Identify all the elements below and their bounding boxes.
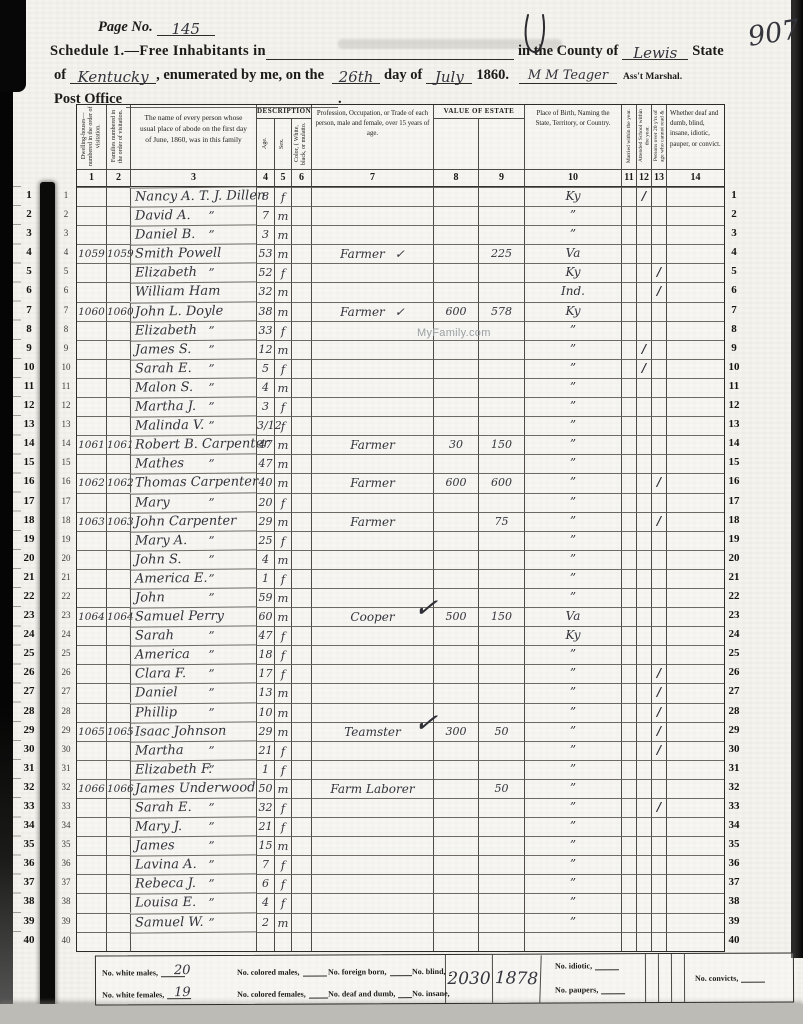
cell-cannot-read-write (651, 836, 666, 855)
form-header: 907 Page No. 145 Schedule 1.—Free Inhabi… (50, 12, 798, 108)
cell-color (291, 550, 311, 569)
col-number-6: 6 (291, 169, 311, 187)
ditto-mark: ” (208, 837, 214, 855)
cell-birthplace: ” (524, 359, 621, 378)
cell-personal-estate (478, 913, 524, 932)
line-number: 38 (58, 892, 74, 911)
cell-color (291, 378, 311, 397)
cell-married-in-year (621, 913, 636, 932)
line-number: 2 (20, 205, 38, 224)
line-number: 8 (725, 320, 743, 339)
cell-family-number (106, 703, 130, 722)
ditto-mark: ” (208, 207, 214, 225)
cell-birthplace (524, 932, 621, 951)
cell-remarks (666, 531, 724, 550)
cell-cannot-read-write (651, 855, 666, 874)
line-number: 30 (58, 740, 74, 759)
cell-name: Smith Powell (130, 244, 256, 264)
cell-cannot-read-write: / (651, 263, 666, 282)
cell-name: John L. Doyle (130, 301, 256, 321)
cell-sex: f (274, 626, 291, 645)
line-number: 15 (58, 453, 74, 472)
ditto-mark: ” (208, 341, 214, 359)
cell-age: 47 (256, 435, 274, 454)
cell-profession: Farmer (311, 512, 433, 531)
line-number: 9 (58, 339, 74, 358)
check-mark: ✓ (395, 305, 405, 319)
district-blank (266, 44, 514, 60)
cell-married-in-year (621, 836, 636, 855)
cell-profession (311, 416, 433, 435)
cell-color (291, 836, 311, 855)
cell-married-in-year (621, 397, 636, 416)
cell-dwelling-number (77, 282, 106, 301)
cell-age: 13 (256, 683, 274, 702)
cell-personal-estate (478, 531, 524, 550)
cell-profession (311, 836, 433, 855)
cell-sex: m (274, 703, 291, 722)
footer-idiotic-paupers: No. idiotic, No. paupers, (541, 954, 646, 1002)
line-number: 29 (725, 721, 743, 740)
cell-cannot-read-write (651, 454, 666, 473)
cell-profession (311, 645, 433, 664)
cell-profession: Farmer✓ (311, 302, 433, 321)
cell-sex: m (274, 512, 291, 531)
cell-married-in-year (621, 664, 636, 683)
col-header-4: Age. (256, 119, 274, 169)
page-no-value: 145 (157, 20, 215, 36)
line-number: 5 (20, 262, 38, 281)
col-number-8: 8 (433, 169, 478, 187)
cell-profession (311, 340, 433, 359)
cell-family-number (106, 760, 130, 779)
cell-real-estate (433, 626, 478, 645)
cell-family-number (106, 454, 130, 473)
line-number: 8 (20, 320, 38, 339)
cell-married-in-year (621, 321, 636, 340)
cell-real-estate (433, 569, 478, 588)
cell-dwelling-number (77, 416, 106, 435)
cell-profession (311, 664, 433, 683)
cell-color (291, 588, 311, 607)
cell-family-number (106, 893, 130, 912)
line-number: 17 (20, 492, 38, 511)
cell-cannot-read-write (651, 607, 666, 626)
cell-remarks (666, 741, 724, 760)
cell-cannot-read-write (651, 187, 666, 206)
cell-married-in-year (621, 588, 636, 607)
cell-family-number: 1061 (106, 435, 130, 454)
cell-profession: Teamster✓ (311, 722, 433, 741)
ditto-mark: ” (208, 589, 214, 607)
cell-birthplace: ” (524, 416, 621, 435)
cell-dwelling-number (77, 359, 106, 378)
cell-name: Isaac Johnson (130, 721, 256, 741)
cell-remarks (666, 607, 724, 626)
cell-dwelling-number (77, 645, 106, 664)
cell-birthplace: ” (524, 225, 621, 244)
cell-dwelling-number (77, 321, 106, 340)
cell-birthplace: ” (524, 779, 621, 798)
cell-color (291, 741, 311, 760)
cell-personal-estate (478, 206, 524, 225)
cell-birthplace: ” (524, 836, 621, 855)
cell-attended-school (636, 378, 651, 397)
cell-personal-estate (478, 263, 524, 282)
line-number: 23 (725, 606, 743, 625)
line-number: 4 (725, 243, 743, 262)
cell-color (291, 798, 311, 817)
col-header-1: Dwelling-houses— numbered in the order o… (77, 105, 106, 169)
cell-family-number (106, 531, 130, 550)
cell-name: John S.” (130, 549, 256, 569)
cell-birthplace: ” (524, 397, 621, 416)
cell-family-number (106, 798, 130, 817)
cell-dwelling-number: 1059 (77, 244, 106, 263)
line-number: 36 (58, 854, 74, 873)
cell-married-in-year (621, 607, 636, 626)
cell-real-estate: 600 (433, 473, 478, 492)
line-number: 25 (58, 644, 74, 663)
cell-remarks (666, 664, 724, 683)
cell-birthplace: ” (524, 493, 621, 512)
cell-color (291, 722, 311, 741)
ditto-mark: ” (208, 875, 214, 893)
line-number: 26 (725, 663, 743, 682)
cell-remarks (666, 378, 724, 397)
cell-attended-school: / (636, 359, 651, 378)
cell-remarks (666, 454, 724, 473)
cell-birthplace: ” (524, 378, 621, 397)
col-header-10: Place of Birth, Naming the State, Territ… (524, 105, 621, 169)
cell-sex: f (274, 569, 291, 588)
cell-cannot-read-write (651, 225, 666, 244)
cell-real-estate (433, 187, 478, 206)
cell-family-number (106, 321, 130, 340)
cell-real-estate (433, 282, 478, 301)
line-number: 27 (725, 682, 743, 701)
cell-remarks (666, 493, 724, 512)
census-table: Description. Value of Estate owned. Dwel… (76, 104, 725, 952)
cell-birthplace: ” (524, 817, 621, 836)
cell-cannot-read-write (651, 321, 666, 340)
line-number: 6 (725, 281, 743, 300)
cell-age: 25 (256, 531, 274, 550)
cell-color (291, 282, 311, 301)
cell-attended-school (636, 282, 651, 301)
cell-personal-estate: 225 (478, 244, 524, 263)
cell-profession: Farmer (311, 435, 433, 454)
scan-edge-right (791, 0, 803, 958)
cell-sex: f (274, 893, 291, 912)
cell-personal-estate (478, 645, 524, 664)
scan-corner-blob (0, 0, 26, 92)
ditto-mark: ” (208, 684, 214, 702)
cell-birthplace: ” (524, 588, 621, 607)
cell-real-estate: 600 (433, 302, 478, 321)
cell-married-in-year (621, 932, 636, 951)
line-number: 38 (725, 892, 743, 911)
cell-married-in-year (621, 263, 636, 282)
cell-dwelling-number (77, 225, 106, 244)
cell-age: 33 (256, 321, 274, 340)
line-number: 28 (20, 702, 38, 721)
cell-birthplace: ” (524, 531, 621, 550)
cell-remarks (666, 645, 724, 664)
line-number: 12 (58, 396, 74, 415)
cell-married-in-year (621, 244, 636, 263)
day-value: 26th (332, 68, 380, 84)
line-number: 15 (725, 453, 743, 472)
ditto-mark: ” (208, 818, 214, 836)
tally-paupers: No. paupers, (555, 984, 645, 997)
cell-color (291, 664, 311, 683)
cell-dwelling-number (77, 836, 106, 855)
cell-remarks (666, 855, 724, 874)
cell-personal-estate (478, 359, 524, 378)
line-number: 10 (725, 358, 743, 377)
cell-birthplace: ” (524, 321, 621, 340)
line-number: 31 (58, 759, 74, 778)
line-number: 28 (58, 702, 74, 721)
total-personal-estate: 1878 (492, 954, 541, 1003)
cell-family-number (106, 378, 130, 397)
cell-real-estate (433, 664, 478, 683)
cell-profession (311, 282, 433, 301)
ditto-mark: ” (208, 360, 214, 378)
line-number: 9 (725, 339, 743, 358)
cell-married-in-year (621, 531, 636, 550)
cell-profession (311, 760, 433, 779)
line-number: 23 (58, 606, 74, 625)
cell-name: Mathes” (130, 454, 256, 474)
cell-age: 7 (256, 206, 274, 225)
tally-deaf-dumb: No. deaf and dumb, (328, 979, 412, 1001)
cell-sex: f (274, 798, 291, 817)
cell-sex: f (274, 263, 291, 282)
tally-foreign-born: No. foreign born, (328, 957, 412, 979)
line-number: 26 (58, 663, 74, 682)
cell-name: America E.” (130, 568, 256, 588)
line-number: 2 (58, 205, 74, 224)
cell-family-number (106, 817, 130, 836)
cell-real-estate (433, 244, 478, 263)
cell-dwelling-number (77, 187, 106, 206)
line-number: 24 (725, 625, 743, 644)
ditto-mark: ” (208, 455, 214, 473)
cell-cannot-read-write: / (651, 703, 666, 722)
line-number: 7 (20, 301, 38, 320)
line-number: 19 (58, 530, 74, 549)
cell-family-number (106, 855, 130, 874)
cell-name: Samuel Perry (130, 606, 256, 626)
state-label: State (688, 43, 727, 60)
cell-personal-estate (478, 855, 524, 874)
line-number: 14 (20, 434, 38, 453)
line-number: 20 (20, 549, 38, 568)
ditto-mark: ” (208, 551, 214, 569)
page-no-line: Page No. 145 (94, 12, 798, 36)
cell-profession (311, 321, 433, 340)
line-number: 40 (725, 931, 743, 950)
cell-real-estate (433, 263, 478, 282)
line-number: 33 (58, 797, 74, 816)
cell-dwelling-number (77, 626, 106, 645)
cell-attended-school (636, 932, 651, 951)
cell-dwelling-number (77, 855, 106, 874)
cell-family-number: 1066 (106, 779, 130, 798)
cell-married-in-year (621, 874, 636, 893)
cell-cannot-read-write (651, 645, 666, 664)
cell-name: Sarah” (130, 625, 256, 645)
cell-personal-estate: 150 (478, 607, 524, 626)
cell-dwelling-number: 1060 (77, 302, 106, 321)
scan-bottom-band (0, 1004, 803, 1024)
cell-color (291, 874, 311, 893)
line-number: 16 (58, 472, 74, 491)
cell-real-estate (433, 836, 478, 855)
line-number: 36 (725, 854, 743, 873)
line-number: 16 (20, 472, 38, 491)
cell-personal-estate (478, 588, 524, 607)
ditto-mark: ” (208, 398, 214, 416)
cell-family-number (106, 664, 130, 683)
cell-attended-school (636, 321, 651, 340)
cell-dwelling-number (77, 378, 106, 397)
cell-personal-estate: 578 (478, 302, 524, 321)
cell-family-number: 1065 (106, 722, 130, 741)
cell-real-estate: 30 (433, 435, 478, 454)
cell-cannot-read-write (651, 913, 666, 932)
cell-birthplace: ” (524, 550, 621, 569)
col-number-10: 10 (524, 169, 621, 187)
cell-real-estate (433, 779, 478, 798)
cell-family-number: 1060 (106, 302, 130, 321)
cell-age: 4 (256, 893, 274, 912)
line-number: 5 (58, 262, 74, 281)
col-header-9 (478, 119, 524, 169)
ditto-mark: ” (208, 894, 214, 912)
cell-married-in-year (621, 798, 636, 817)
cell-name: James Underwood (130, 778, 256, 798)
cell-name: Robert B. Carpenter (130, 435, 256, 455)
stray-pen-mark (520, 12, 554, 56)
cell-name: Sarah E.” (130, 797, 256, 817)
cell-age: 40 (256, 473, 274, 492)
cell-profession (311, 550, 433, 569)
cell-attended-school (636, 225, 651, 244)
cell-color (291, 893, 311, 912)
cell-remarks (666, 282, 724, 301)
cell-remarks (666, 817, 724, 836)
line-number: 8 (58, 320, 74, 339)
cell-family-number (106, 741, 130, 760)
cell-age: 32 (256, 282, 274, 301)
cell-remarks (666, 893, 724, 912)
cell-remarks (666, 569, 724, 588)
cell-profession (311, 798, 433, 817)
cell-real-estate (433, 378, 478, 397)
cell-profession (311, 683, 433, 702)
cell-dwelling-number (77, 817, 106, 836)
line-number: 30 (20, 740, 38, 759)
cell-attended-school (636, 683, 651, 702)
cell-cannot-read-write (651, 206, 666, 225)
cell-married-in-year (621, 779, 636, 798)
line-number: 36 (20, 854, 38, 873)
cell-name: Daniel B.” (130, 225, 256, 245)
cell-name: John Carpenter (130, 511, 256, 531)
cell-profession (311, 855, 433, 874)
tally-colored-males: No. colored males, (237, 958, 328, 980)
cell-remarks (666, 302, 724, 321)
cell-profession (311, 263, 433, 282)
cell-dwelling-number (77, 206, 106, 225)
cell-personal-estate (478, 703, 524, 722)
cell-attended-school (636, 817, 651, 836)
cell-family-number: 1062 (106, 473, 130, 492)
cell-name: Thomas Carpenter (130, 473, 256, 493)
cell-color (291, 263, 311, 282)
cell-age: 47 (256, 454, 274, 473)
cell-remarks (666, 722, 724, 741)
line-number: 1 (58, 186, 74, 205)
cell-sex: f (274, 817, 291, 836)
col-header-7: Profession, Occupation, or Trade of each… (311, 105, 433, 169)
cell-real-estate: 500 (433, 607, 478, 626)
cell-name: William Ham (130, 282, 256, 302)
right-margin-line-numbers: 1234567891011121314151617181920212223242… (725, 186, 743, 950)
line-number: 15 (20, 453, 38, 472)
cell-dwelling-number: 1063 (77, 512, 106, 531)
cell-sex: m (274, 206, 291, 225)
cell-dwelling-number: 1062 (77, 473, 106, 492)
cell-birthplace: Ky (524, 626, 621, 645)
cell-color (291, 607, 311, 626)
cell-attended-school (636, 913, 651, 932)
footer-tally-box: No. white males, 20 No. colored males, N… (95, 952, 794, 1005)
cell-personal-estate: 75 (478, 512, 524, 531)
cell-family-number (106, 493, 130, 512)
cell-color (291, 225, 311, 244)
cell-sex: m (274, 454, 291, 473)
cell-attended-school (636, 397, 651, 416)
cell-age: 20 (256, 493, 274, 512)
line-number: 34 (58, 816, 74, 835)
cell-birthplace: Va (524, 244, 621, 263)
cell-age: 4 (256, 550, 274, 569)
cell-name: Nancy A. T. J. Dillen (130, 186, 256, 206)
cell-age: 52 (256, 263, 274, 282)
cell-age: 59 (256, 588, 274, 607)
cell-color (291, 397, 311, 416)
cell-cannot-read-write (651, 588, 666, 607)
col-number-5: 5 (274, 169, 291, 187)
cell-personal-estate (478, 741, 524, 760)
watermark: MyFamily.com (417, 327, 491, 339)
cell-remarks (666, 703, 724, 722)
col-number-9: 9 (478, 169, 524, 187)
cell-remarks (666, 206, 724, 225)
ditto-mark: ” (208, 761, 214, 779)
line-number: 35 (20, 835, 38, 854)
cell-remarks (666, 225, 724, 244)
cell-sex: m (274, 779, 291, 798)
cell-sex: m (274, 302, 291, 321)
cell-personal-estate: 50 (478, 722, 524, 741)
cell-cannot-read-write (651, 493, 666, 512)
cell-attended-school (636, 206, 651, 225)
